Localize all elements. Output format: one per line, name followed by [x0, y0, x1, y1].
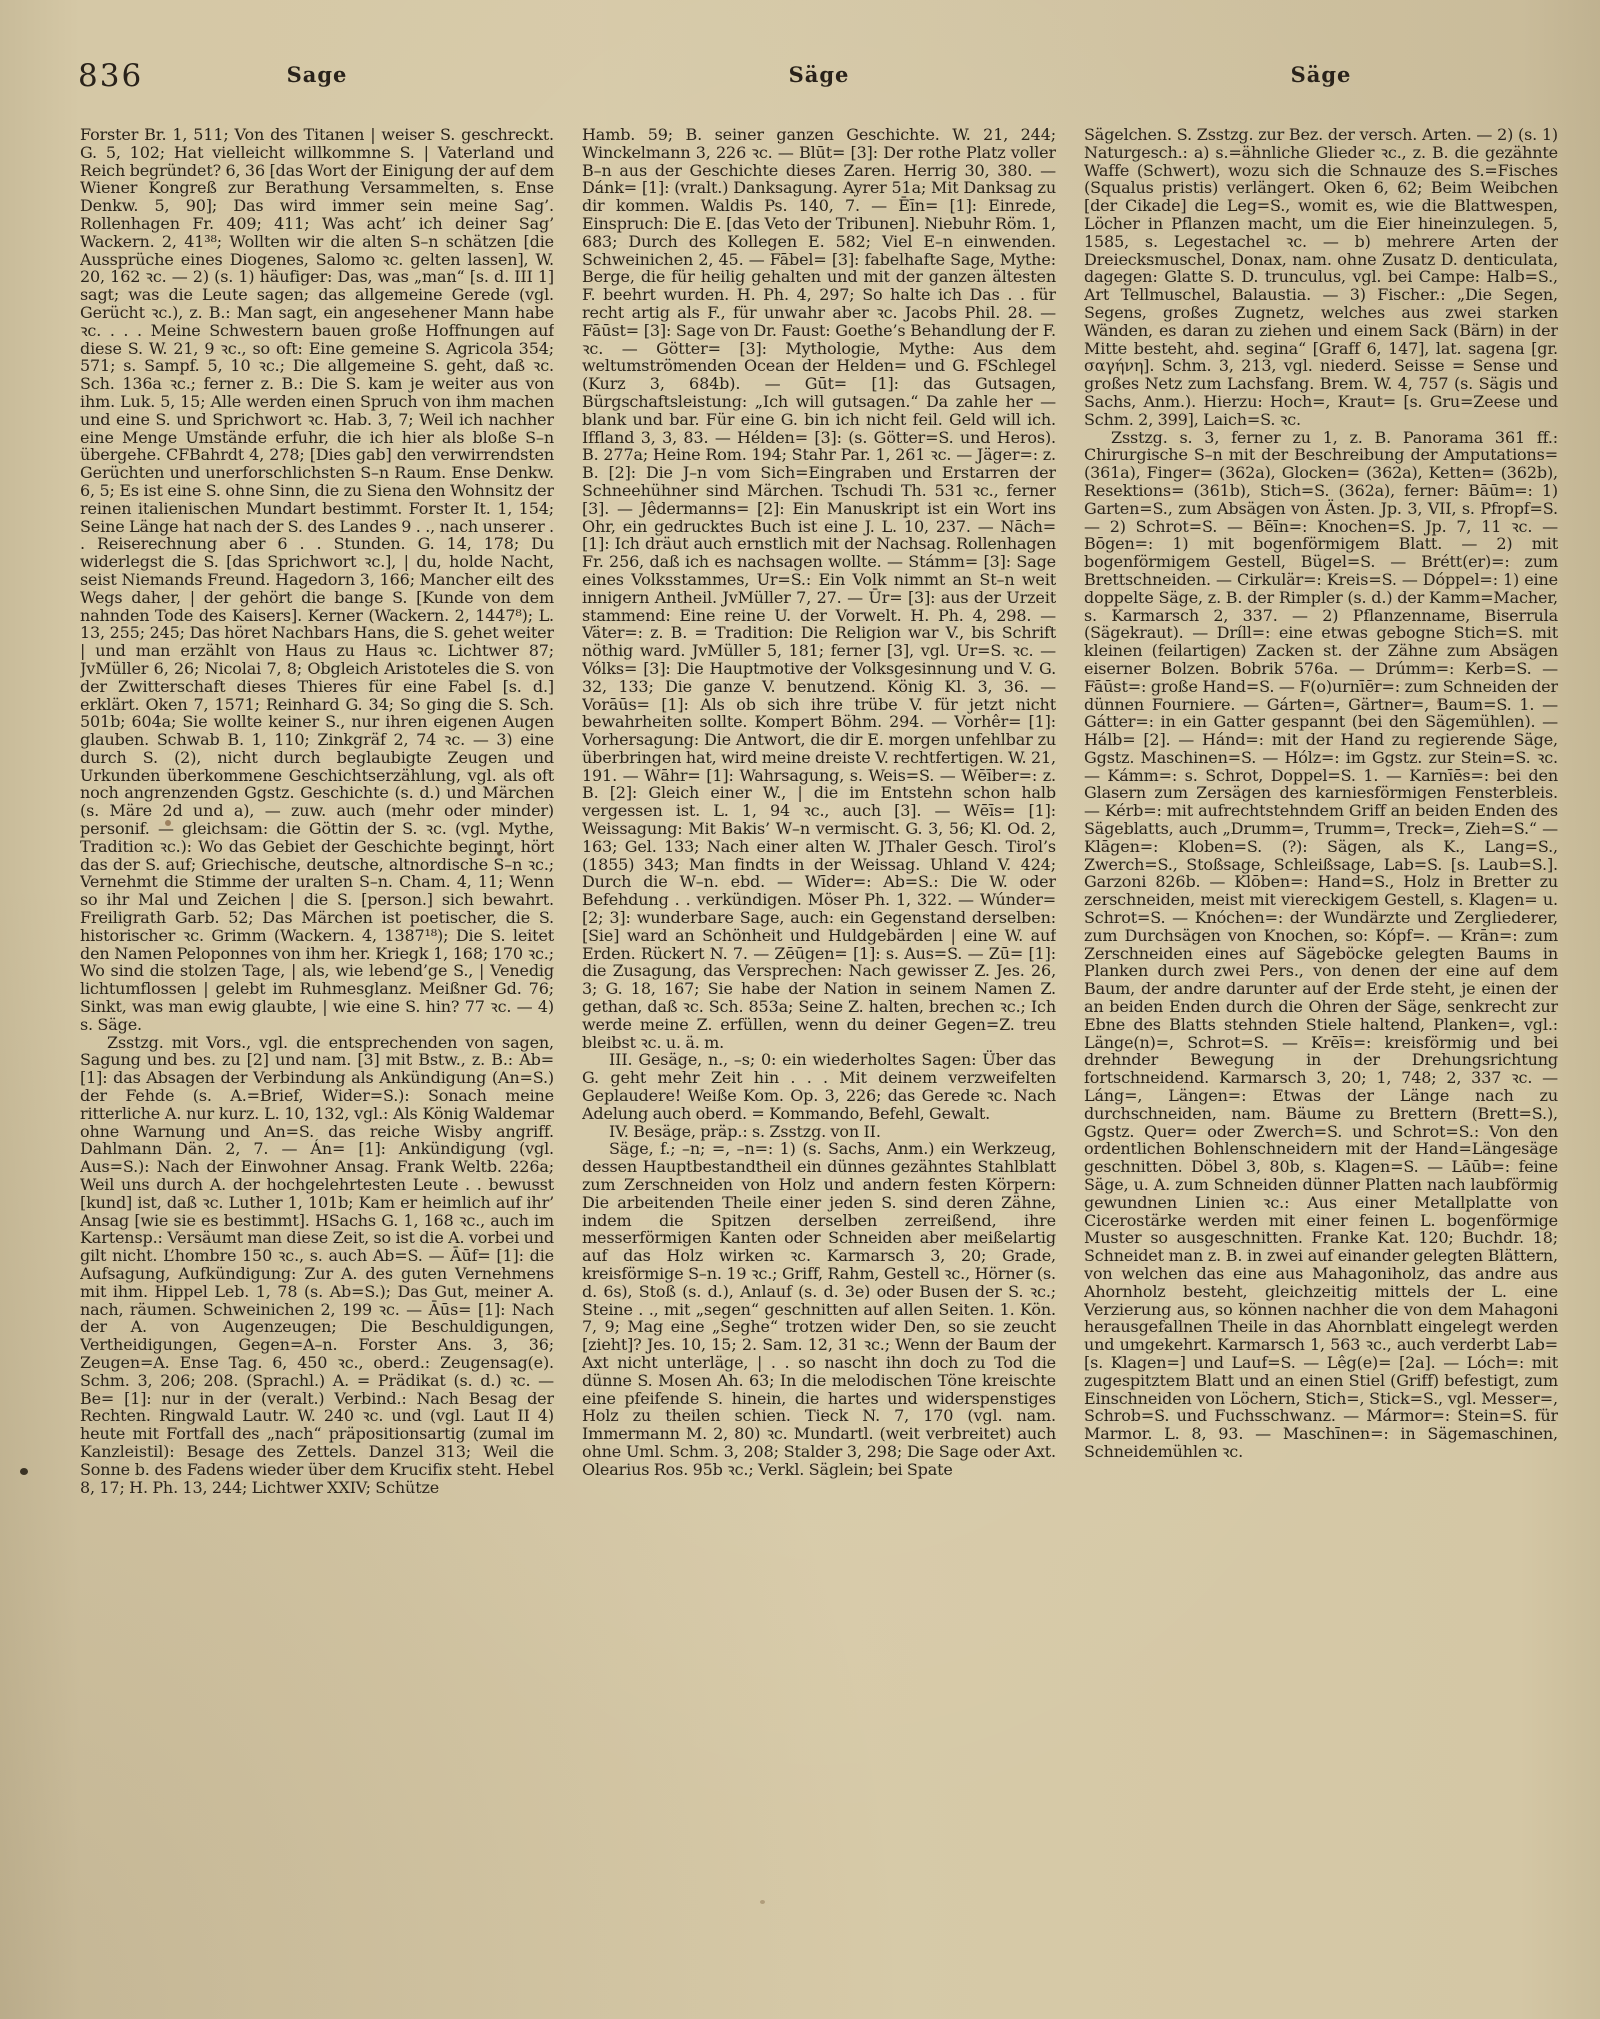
column-1: Forster Br. 1, 511; Von des Titanen | we…	[80, 126, 554, 1898]
paper-speck	[165, 820, 171, 826]
paper-speck	[1437, 700, 1441, 704]
margin-ink-dot	[20, 1468, 28, 1475]
running-head-column-2: Säge	[582, 62, 1056, 87]
running-head-column-3: Säge	[1084, 62, 1558, 87]
paragraph-saege-zsstzg: Zsstzg. s. 3, ferner zu 1, z. B. Panoram…	[1084, 429, 1558, 1461]
dictionary-page: 836 Sage Säge Säge Forster Br. 1, 511; V…	[0, 0, 1600, 2019]
paragraph-saege-continuation: Sägelchen. S. Zsstzg. zur Bez. der versc…	[1084, 126, 1558, 429]
paragraph-sage-zsstzg: Zsstzg. mit Vors., vgl. die entsprechend…	[80, 1034, 554, 1497]
paragraph-saege-entry: Säge, f.; –n; =, –n=: 1) (s. Sachs, Anm.…	[582, 1140, 1056, 1478]
paper-speck	[760, 1900, 765, 1904]
column-2: Hamb. 59; B. seiner ganzen Geschichte. W…	[582, 126, 1056, 1898]
running-heads: Sage Säge Säge	[80, 62, 1560, 87]
paper-speck	[497, 851, 502, 856]
paragraph-zsstzg-continuation: Hamb. 59; B. seiner ganzen Geschichte. W…	[582, 126, 1056, 1051]
text-columns: Forster Br. 1, 511; Von des Titanen | we…	[80, 126, 1560, 1898]
paragraph-sage-continuation: Forster Br. 1, 511; Von des Titanen | we…	[80, 126, 554, 1034]
column-3: Sägelchen. S. Zsstzg. zur Bez. der versc…	[1084, 126, 1558, 1898]
running-head-column-1: Sage	[80, 62, 554, 87]
paragraph-besaege: IV. Besäge, präp.: s. Zsstzg. von II.	[582, 1123, 1056, 1141]
paragraph-gesaege: III. Gesäge, n., –s; 0: ein wiederholtes…	[582, 1051, 1056, 1122]
